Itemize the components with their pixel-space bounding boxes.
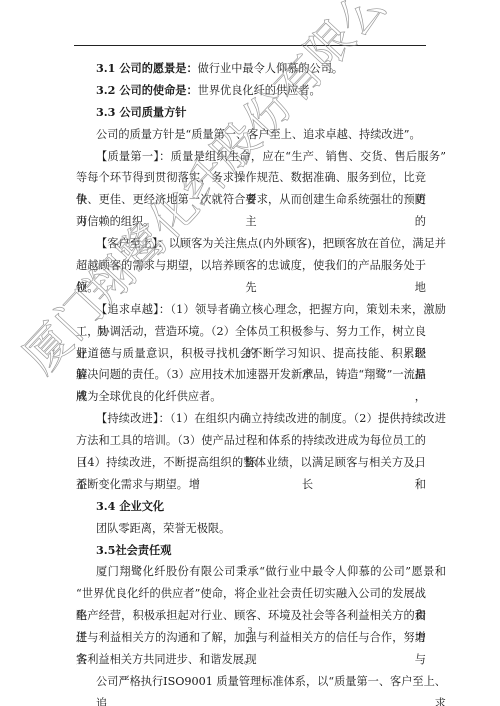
section-3-2-text: 世界优良化纤的供应者。 xyxy=(198,84,321,97)
paragraph-line: 厦门翔鹭化纤股份有限公司秉承“做行业中最令人仰慕的公司”愿景和 xyxy=(76,561,446,583)
paragraph-line: 【质量第一】：质量是组织生命，应在“生产、销售、交货、售后服务” xyxy=(76,146,446,168)
paragraph-line: 【持续改进】：（1）在组织内确立持续改进的制度。（2）提供持续改进 xyxy=(76,408,446,430)
paragraph-line: 公司严格执行ISO9001 质量管理标准体系，以“质量第一、客户至上、追求 xyxy=(76,671,446,693)
paragraph-line: 【客户至上】：以顾客为关注焦点(内外顾客)，把顾客放在首位，满足并 xyxy=(76,233,446,255)
section-3-1: 3.1 公司的愿景是：做行业中最令人仰慕的公司。 xyxy=(76,58,426,80)
paragraph-line: 生产经营，积极承担起对行业、顾客、环境及社会等各利益相关方的责任，增 xyxy=(76,605,426,627)
section-3-5-heading: 3.5社会责任观 xyxy=(76,540,426,562)
paragraph-line: 快、更佳、更经济地第一次就符合要求，从而创建生命系统强壮的预防为主的 xyxy=(76,189,426,211)
section-3-1-text: 做行业中最令人仰慕的公司。 xyxy=(198,62,343,75)
paragraph-line: 超越顾客的需求与期望，以培养顾客的忠诚度，使我们的产品服务处于领先地 xyxy=(76,255,426,277)
section-3-4-heading: 3.4 企业文化 xyxy=(76,496,426,518)
paragraph-line: 业道德与质量意识，积极寻找机会不断学习知识、提高技能、积累经验、承担 xyxy=(76,343,426,365)
section-3-3-heading: 3.3 公司质量方针 xyxy=(76,102,426,124)
paragraph-line: （4）持续改进，不断提高组织的整体业绩，以满足顾客与相关方及日益增长和 xyxy=(76,452,426,474)
paragraph-line: 公司的质量方针是“质量第一、客户至上、追求卓越、持续改进”。 xyxy=(76,124,426,146)
page-number: 3 xyxy=(0,626,500,635)
section-3-2-label: 3.2 公司的使命是： xyxy=(96,83,198,97)
section-3-2: 3.2 公司的使命是：世界优良化纤的供应者。 xyxy=(76,80,426,102)
paragraph-line: 解决问题的责任。（3）应用技术加速器开发新产品，铸造“翔鹭”一流品牌， xyxy=(76,364,426,386)
paragraph-line: 工，协调活动，营造环境。（2）全体员工积极参与、努力工作，树立良好的职 xyxy=(76,321,426,343)
paragraph-line: 等每个环节得到贯彻落实，务求操作规范、数据准确、服务到位，比竞争者更 xyxy=(76,167,426,189)
section-3-1-label: 3.1 公司的愿景是： xyxy=(96,61,198,75)
paragraph-line: 方法和工具的培训。（3）使产品过程和体系的持续改进成为每位员工的目标。 xyxy=(76,430,426,452)
document-body: 3.1 公司的愿景是：做行业中最令人仰慕的公司。 3.2 公司的使命是：世界优良… xyxy=(76,58,426,693)
paragraph-line: 【追求卓越】：（1）领导者确立核心理念，把握方向，策划未来，激励员 xyxy=(76,299,446,321)
paragraph-line: “世界优良化纤的供应者”使命，将企业社会责任切实融入公司的发展战略和 xyxy=(76,583,426,605)
paragraph-line: 团队零距离，荣誉无极限。 xyxy=(76,518,426,540)
header-rule xyxy=(74,45,426,46)
